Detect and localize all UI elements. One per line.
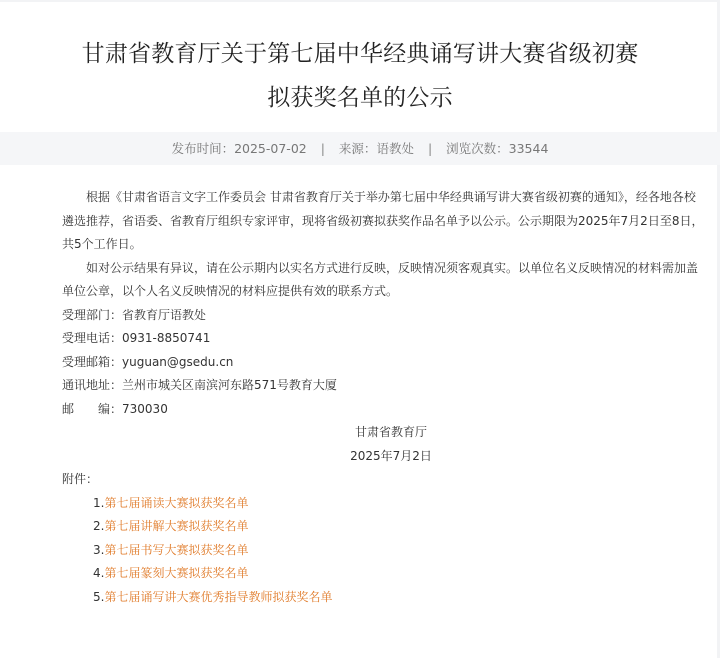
- attachments-label: 附件：: [62, 468, 682, 492]
- attachment-link[interactable]: 第七届诵读大赛拟获奖名单: [104, 496, 248, 510]
- title-line-1: 甘肃省教育厅关于第七届中华经典诵写讲大赛省级初赛: [0, 32, 720, 76]
- attachment-number: 4.: [93, 566, 104, 580]
- page-frame: 甘肃省教育厅关于第七届中华经典诵写讲大赛省级初赛 拟获奖名单的公示 发布时间：2…: [0, 0, 720, 658]
- contact-label: 通讯地址：: [62, 374, 122, 398]
- signature-date: 2025年7月2日: [62, 445, 682, 469]
- contact-label: 受理邮箱：: [62, 351, 122, 375]
- paragraph-line: 如对公示结果有异议，请在公示期内以实名方式进行反映，反映情况须客观真实。以单位名…: [62, 257, 682, 281]
- attachments-list: 1.第七届诵读大赛拟获奖名单 2.第七届讲解大赛拟获奖名单 3.第七届书写大赛拟…: [62, 492, 682, 610]
- paragraph-objection: 如对公示结果有异议，请在公示期内以实名方式进行反映，反映情况须客观真实。以单位名…: [62, 257, 682, 304]
- publish-time-label: 发布时间：: [172, 141, 235, 156]
- attachment-item: 2.第七届讲解大赛拟获奖名单: [93, 515, 682, 539]
- contact-value: 兰州市城关区南滨河东路571号教育大厦: [122, 378, 337, 392]
- attachment-link[interactable]: 第七届诵写讲大赛优秀指导教师拟获奖名单: [104, 590, 332, 604]
- views-label: 浏览次数：: [446, 141, 509, 156]
- paragraph-line: 共5个工作日。: [62, 233, 682, 257]
- paragraph-line: 单位公章，以个人名义反映情况的材料应提供有效的联系方式。: [62, 280, 682, 304]
- contact-phone: 受理电话：0931-8850741: [62, 327, 682, 351]
- contact-value: 省教育厅语教处: [122, 308, 206, 322]
- meta-separator: |: [428, 132, 432, 165]
- contact-email: 受理邮箱：yuguan@gsedu.cn: [62, 351, 682, 375]
- attachment-item: 4.第七届篆刻大赛拟获奖名单: [93, 562, 682, 586]
- article-title: 甘肃省教育厅关于第七届中华经典诵写讲大赛省级初赛 拟获奖名单的公示: [0, 32, 720, 120]
- meta-separator: |: [321, 132, 325, 165]
- attachment-item: 1.第七届诵读大赛拟获奖名单: [93, 492, 682, 516]
- attachment-number: 1.: [93, 496, 104, 510]
- attachment-item: 3.第七届书写大赛拟获奖名单: [93, 539, 682, 563]
- contact-department: 受理部门：省教育厅语教处: [62, 304, 682, 328]
- contact-value: 0931-8850741: [122, 331, 210, 345]
- contact-label: 受理电话：: [62, 327, 122, 351]
- contact-value: yuguan@gsedu.cn: [122, 355, 233, 369]
- paragraph-line: 遴选推荐，省语委、省教育厅组织专家评审，现将省级初赛拟获奖作品名单予以公示。公示…: [62, 210, 682, 234]
- attachment-link[interactable]: 第七届讲解大赛拟获奖名单: [104, 519, 248, 533]
- contact-postcode: 邮 编：730030: [62, 398, 682, 422]
- contact-label: 邮 编：: [62, 398, 122, 422]
- title-line-2: 拟获奖名单的公示: [0, 76, 720, 120]
- attachment-number: 5.: [93, 590, 104, 604]
- contact-value: 730030: [122, 402, 168, 416]
- attachment-number: 2.: [93, 519, 104, 533]
- contact-address: 通讯地址：兰州市城关区南滨河东路571号教育大厦: [62, 374, 682, 398]
- contact-info: 受理部门：省教育厅语教处 受理电话：0931-8850741 受理邮箱：yugu…: [62, 304, 682, 422]
- article-meta-bar: 发布时间：2025-07-02 | 来源：语教处 | 浏览次数：33544: [0, 132, 720, 165]
- views-count: 33544: [509, 141, 549, 156]
- attachment-item: 5.第七届诵写讲大赛优秀指导教师拟获奖名单: [93, 586, 682, 610]
- paragraph-notice: 根据《甘肃省语言文字工作委员会 甘肃省教育厅关于举办第七届中华经典诵写讲大赛省级…: [62, 186, 682, 257]
- attachment-number: 3.: [93, 543, 104, 557]
- article-body: 根据《甘肃省语言文字工作委员会 甘肃省教育厅关于举办第七届中华经典诵写讲大赛省级…: [62, 186, 682, 609]
- publish-date: 2025-07-02: [234, 141, 307, 156]
- source-label: 来源：: [339, 141, 377, 156]
- attachment-link[interactable]: 第七届书写大赛拟获奖名单: [104, 543, 248, 557]
- attachment-link[interactable]: 第七届篆刻大赛拟获奖名单: [104, 566, 248, 580]
- contact-label: 受理部门：: [62, 304, 122, 328]
- signature-issuer: 甘肃省教育厅: [62, 421, 682, 445]
- paragraph-line: 根据《甘肃省语言文字工作委员会 甘肃省教育厅关于举办第七届中华经典诵写讲大赛省级…: [62, 186, 682, 210]
- source-value: 语教处: [376, 141, 414, 156]
